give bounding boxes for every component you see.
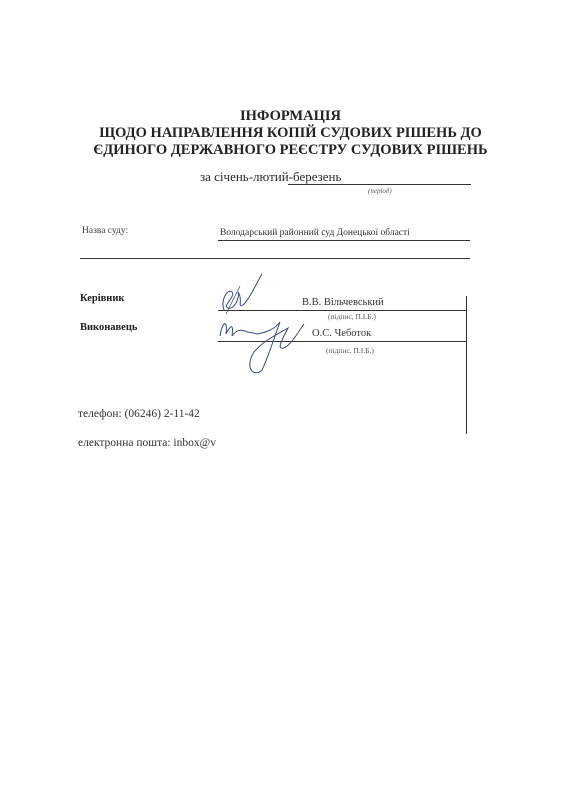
head-name: В.В. Вільчевський xyxy=(302,297,384,308)
vertical-rule xyxy=(466,296,467,434)
period-underline xyxy=(288,184,471,185)
court-name: Володарський районний суд Донецької обла… xyxy=(220,228,410,238)
period-value: січень-лютий-березень xyxy=(214,169,341,184)
period-caption: (період) xyxy=(368,187,392,195)
period-text: за січень-лютий-березень xyxy=(200,169,341,185)
court-underline xyxy=(218,240,470,241)
role-executor: Виконавець xyxy=(80,322,137,333)
phone: телефон: (06246) 2-11-42 xyxy=(78,408,200,420)
title-line-3: ЄДИНОГО ДЕРЖАВНОГО РЕЄСТРУ СУДОВИХ РІШЕН… xyxy=(0,142,581,159)
executor-signature-icon xyxy=(214,308,324,378)
title-line-1: ІНФОРМАЦІЯ xyxy=(0,108,581,125)
court-label: Назва суду: xyxy=(82,226,128,236)
executor-signature-caption: (підпис, П.І.Б.) xyxy=(326,346,374,355)
title-line-2: ЩОДО НАПРАВЛЕННЯ КОПІЙ СУДОВИХ РІШЕНЬ ДО xyxy=(0,125,581,142)
section-divider xyxy=(80,258,470,259)
period-prefix: за xyxy=(200,169,211,184)
head-signature-caption: (підпис, П.І.Б.) xyxy=(328,312,376,321)
email: електронна пошта: inbox@v xyxy=(78,437,216,449)
role-head: Керівник xyxy=(80,293,124,304)
